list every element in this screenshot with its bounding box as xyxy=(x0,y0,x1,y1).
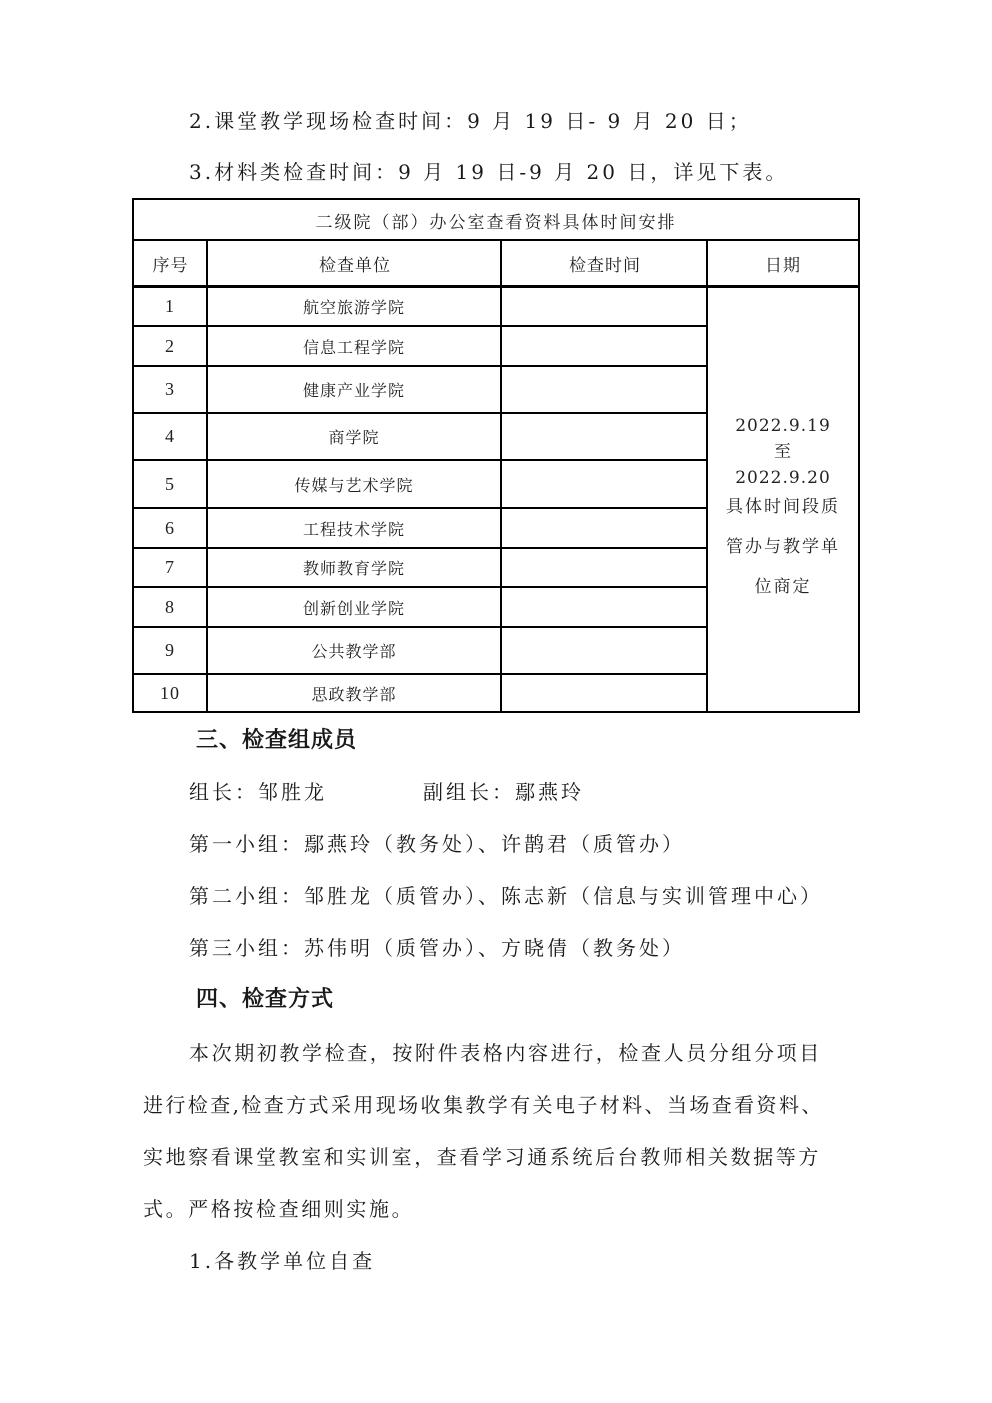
row-time-cell xyxy=(502,628,706,673)
paragraph-line: 进行检查,检查方式采用现场收集教学有关电子材料、当场查看资料、 xyxy=(143,1093,824,1117)
row-unit: 思政教学部 xyxy=(208,675,500,711)
row-number: 1 xyxy=(134,287,206,325)
date-to: 至 xyxy=(774,439,792,465)
row-time-cell xyxy=(502,509,706,547)
row-number: 8 xyxy=(134,588,206,626)
group-line: 第二小组：邹胜龙（质管办）、陈志新（信息与实训管理中心） xyxy=(189,884,823,908)
row-number: 5 xyxy=(134,461,206,507)
col-header-unit: 检查单位 xyxy=(208,241,502,285)
intro-line-material-time: 3.材料类检查时间：9 月 19 日-9 月 20 日，详见下表。 xyxy=(189,160,788,184)
row-unit: 健康产业学院 xyxy=(208,367,500,412)
row-number: 4 xyxy=(134,414,206,459)
col-header-date: 日期 xyxy=(708,241,858,285)
row-time-cell xyxy=(502,367,706,412)
row-time-cell xyxy=(502,588,706,626)
paragraph-line: 式。严格按检查细则实施。 xyxy=(143,1197,414,1221)
date-note-line: 具体时间段质 xyxy=(726,487,840,527)
section-heading-members: 三、检查组成员 xyxy=(196,728,357,754)
row-number: 7 xyxy=(134,549,206,586)
row-number: 3 xyxy=(134,367,206,412)
group-line: 第三小组：苏伟明（质管办）、方晓倩（教务处） xyxy=(189,936,685,960)
row-time-cell xyxy=(502,327,706,365)
row-unit: 信息工程学院 xyxy=(208,327,500,365)
row-unit: 创新创业学院 xyxy=(208,588,500,626)
row-unit: 公共教学部 xyxy=(208,628,500,673)
leader-line: 组长：邹胜龙 xyxy=(189,780,327,804)
date-note-line: 管办与教学单 xyxy=(726,527,840,567)
schedule-table: 二级院（部）办公室查看资料具体时间安排 序号 检查单位 检查时间 日期 1 航空… xyxy=(132,198,860,713)
paragraph-line: 实地察看课堂教室和实训室，查看学习通系统后台教师相关数据等方 xyxy=(143,1145,821,1169)
row-time-cell xyxy=(502,549,706,586)
group-line: 第一小组：鄢燕玲（教务处）、许鹊君（质管办） xyxy=(189,832,685,856)
table-title: 二级院（部）办公室查看资料具体时间安排 xyxy=(134,200,858,240)
row-number: 6 xyxy=(134,509,206,547)
paragraph-line: 本次期初教学检查，按附件表格内容进行，检查人员分组分项目 xyxy=(189,1041,822,1065)
row-time-cell xyxy=(502,287,706,325)
date-note-line: 位商定 xyxy=(755,567,812,607)
row-time-cell xyxy=(502,461,706,507)
deputy-leader-line: 副组长：鄢燕玲 xyxy=(423,780,584,804)
row-time-cell xyxy=(502,414,706,459)
col-header-no: 序号 xyxy=(134,241,207,285)
row-unit: 传媒与艺术学院 xyxy=(208,461,500,507)
date-start: 2022.9.19 xyxy=(735,413,831,439)
row-number: 10 xyxy=(134,675,206,711)
row-unit: 航空旅游学院 xyxy=(208,287,500,325)
row-unit: 教师教育学院 xyxy=(208,549,500,586)
row-number: 2 xyxy=(134,327,206,365)
row-time-cell xyxy=(502,675,706,711)
row-unit: 工程技术学院 xyxy=(208,509,500,547)
date-merged-cell: 2022.9.19 至 2022.9.20 具体时间段质 管办与教学单 位商定 xyxy=(708,287,858,711)
list-item-self-check: 1.各教学单位自查 xyxy=(189,1249,375,1273)
col-header-time: 检查时间 xyxy=(502,241,708,285)
intro-line-classroom-time: 2.课堂教学现场检查时间：9 月 19 日- 9 月 20 日； xyxy=(189,109,752,133)
row-unit: 商学院 xyxy=(208,414,500,459)
section-heading-method: 四、检查方式 xyxy=(196,987,334,1013)
row-number: 9 xyxy=(134,628,206,673)
